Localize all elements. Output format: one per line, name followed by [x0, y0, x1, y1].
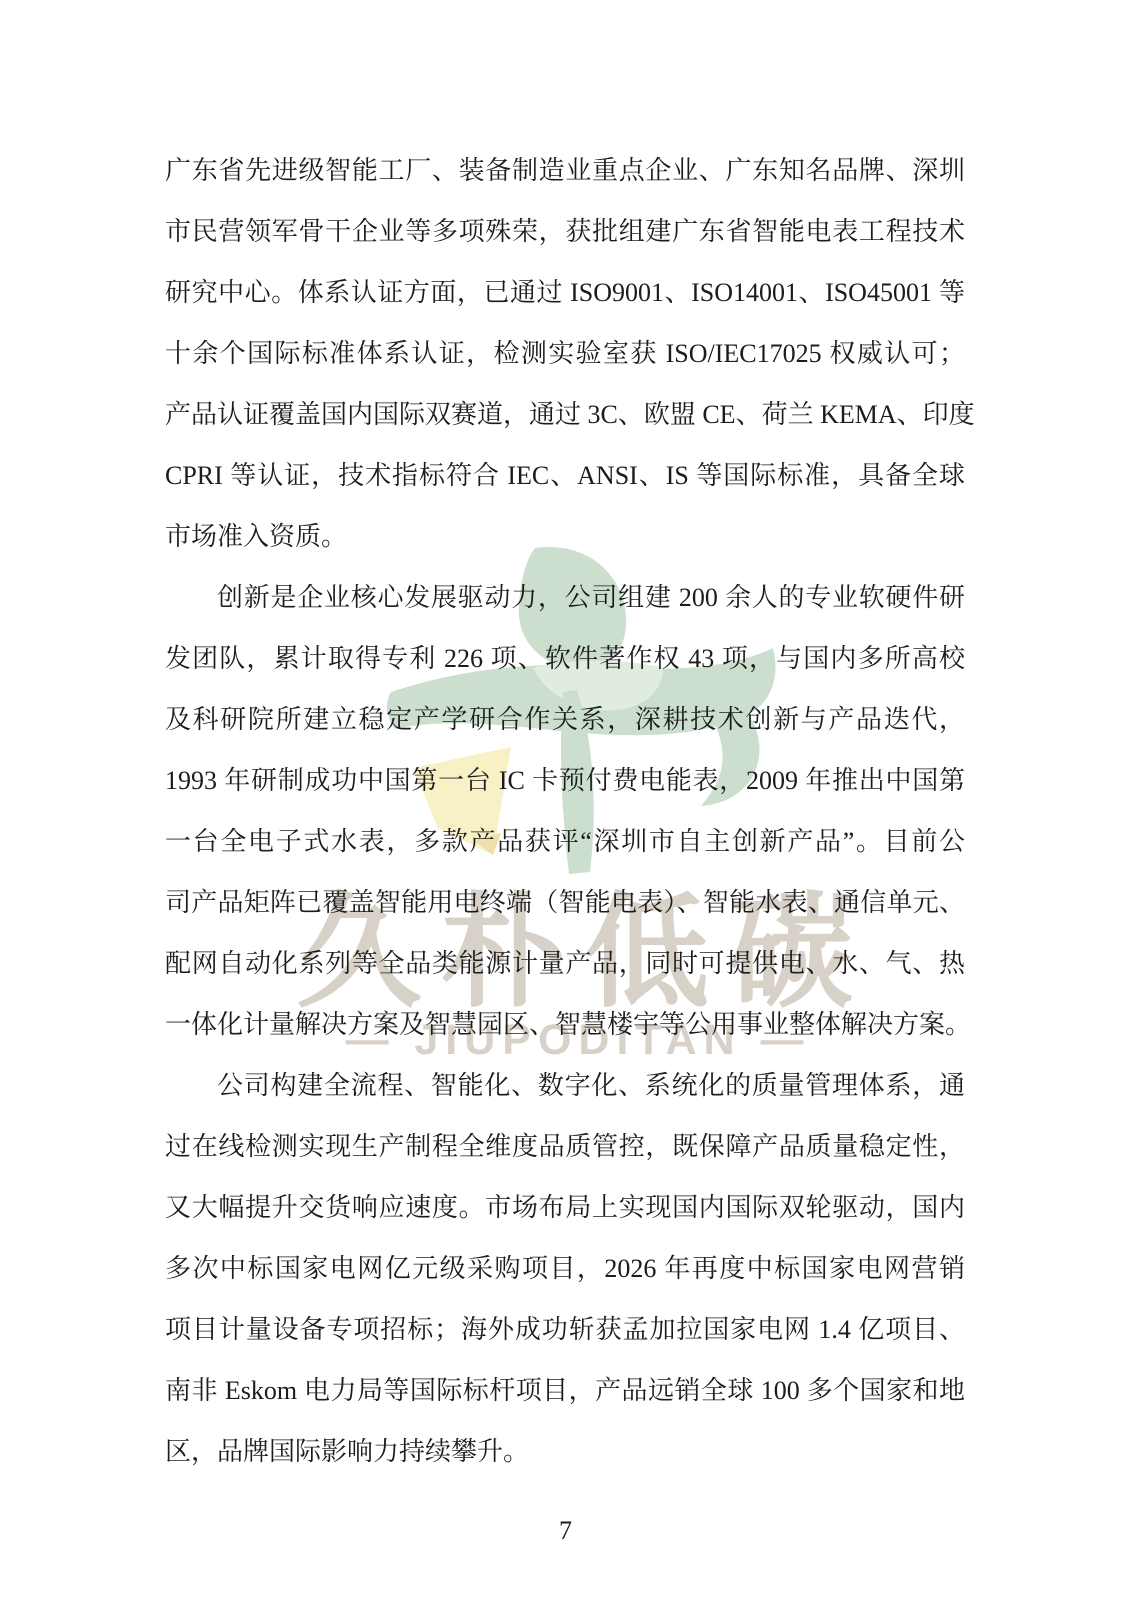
paragraph: 公司构建全流程、智能化、数字化、系统化的质量管理体系，通 过在线检测实现生产制程…	[165, 1055, 965, 1482]
body-text: 广东省先进级智能工厂、装备制造业重点企业、广东知名品牌、深圳 市民营领军骨干企业…	[165, 140, 965, 1482]
text-line: 一台全电子式水表，多款产品获评“深圳市自主创新产品”。目前公	[165, 811, 965, 872]
text-line: 司产品矩阵已覆盖智能用电终端（智能电表）、智能水表、通信单元、	[165, 872, 965, 933]
text-line: 市场准入资质。	[165, 506, 965, 567]
text-line: 研究中心。体系认证方面，已通过 ISO9001、ISO14001、ISO4500…	[165, 262, 965, 323]
text-line: 一体化计量解决方案及智慧园区、智慧楼宇等公用事业整体解决方案。	[165, 994, 965, 1055]
text-line: 区，品牌国际影响力持续攀升。	[165, 1421, 965, 1482]
paragraph: 创新是企业核心发展驱动力，公司组建 200 余人的专业软硬件研 发团队，累计取得…	[165, 567, 965, 1055]
text-line: 过在线检测实现生产制程全维度品质管控，既保障产品质量稳定性，	[165, 1116, 965, 1177]
text-line: 广东省先进级智能工厂、装备制造业重点企业、广东知名品牌、深圳	[165, 140, 965, 201]
text-line: 创新是企业核心发展驱动力，公司组建 200 余人的专业软硬件研	[165, 567, 965, 628]
page-number: 7	[0, 1516, 1131, 1546]
text-line: 发团队，累计取得专利 226 项、软件著作权 43 项，与国内多所高校	[165, 628, 965, 689]
text-line: 市民营领军骨干企业等多项殊荣，获批组建广东省智能电表工程技术	[165, 201, 965, 262]
text-line: 配网自动化系列等全品类能源计量产品，同时可提供电、水、气、热	[165, 933, 965, 994]
text-line: 及科研院所建立稳定产学研合作关系，深耕技术创新与产品迭代，	[165, 689, 965, 750]
text-line: 多次中标国家电网亿元级采购项目，2026 年再度中标国家电网营销	[165, 1238, 965, 1299]
text-line: 十余个国际标准体系认证，检测实验室获 ISO/IEC17025 权威认可；	[165, 323, 965, 384]
text-line: 公司构建全流程、智能化、数字化、系统化的质量管理体系，通	[165, 1055, 965, 1116]
document-page: 久朴低碳 — JIUPODITAN — 广东省先进级智能工厂、装备制造业重点企业…	[0, 0, 1131, 1600]
text-line: 1993 年研制成功中国第一台 IC 卡预付费电能表，2009 年推出中国第	[165, 750, 965, 811]
text-line: CPRI 等认证，技术指标符合 IEC、ANSI、IS 等国际标准，具备全球	[165, 445, 965, 506]
paragraph: 广东省先进级智能工厂、装备制造业重点企业、广东知名品牌、深圳 市民营领军骨干企业…	[165, 140, 965, 567]
text-line: 南非 Eskom 电力局等国际标杆项目，产品远销全球 100 多个国家和地	[165, 1360, 965, 1421]
text-line: 又大幅提升交货响应速度。市场布局上实现国内国际双轮驱动，国内	[165, 1177, 965, 1238]
text-line: 项目计量设备专项招标；海外成功斩获孟加拉国家电网 1.4 亿项目、	[165, 1299, 965, 1360]
text-line: 产品认证覆盖国内国际双赛道，通过 3C、欧盟 CE、荷兰 KEMA、印度	[165, 384, 965, 445]
